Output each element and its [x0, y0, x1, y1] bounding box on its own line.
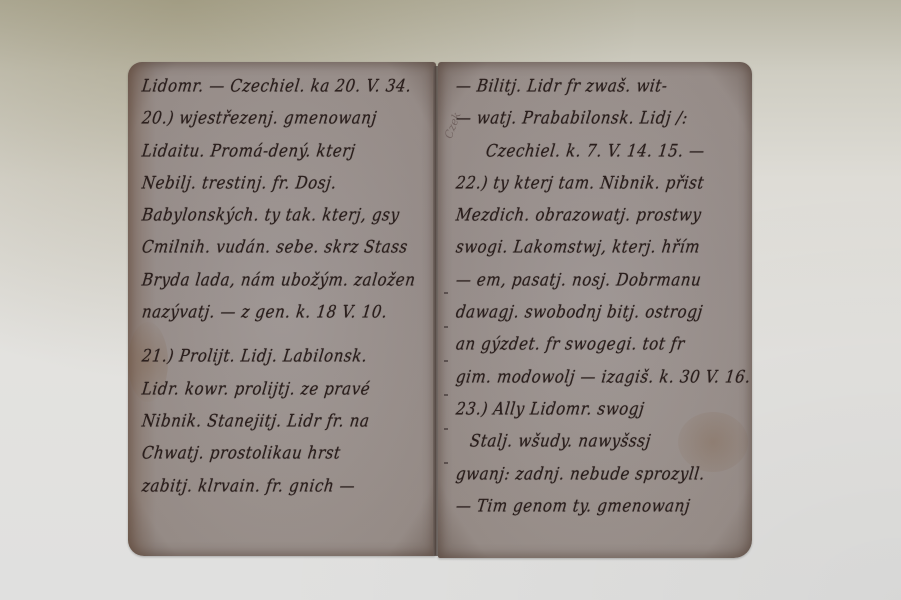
left-page: Lidomr. — Czechiel. ka 20. V. 34. 20.) w… [128, 62, 436, 556]
ink-bleed-marks [444, 292, 448, 492]
handwritten-line: nazývatj. — z gen. k. 18 V. 10. [140, 294, 431, 331]
handwritten-line: an gýzdet. fr swogegi. tot fr [454, 326, 747, 363]
open-manuscript-book: Lidomr. — Czechiel. ka 20. V. 34. 20.) w… [128, 62, 752, 558]
right-page-text: — Bilitj. Lidr fr zwaš. wit- — watj. Pra… [456, 70, 744, 522]
handwritten-line: — watj. Prababilonsk. Lidj /: [454, 100, 747, 137]
right-page: Czek — Bilitj. Lidr fr zwaš. wit- — watj… [438, 62, 752, 558]
left-page-text: Lidomr. — Czechiel. ka 20. V. 34. 20.) w… [142, 70, 428, 502]
handwritten-line: 20.) wjestřezenj. gmenowanj [140, 100, 431, 137]
handwritten-line: Stalj. wšudy. nawyšssj [454, 423, 747, 460]
handwritten-line: 21.) Prolijt. Lidj. Labilonsk. [140, 338, 431, 375]
handwritten-line: Chwatj. prostolikau hrst [140, 435, 431, 472]
handwritten-line: zabitj. klrvain. fr. gnich — [140, 467, 431, 504]
handwritten-line: — Tim genom ty. gmenowanj [454, 487, 747, 524]
